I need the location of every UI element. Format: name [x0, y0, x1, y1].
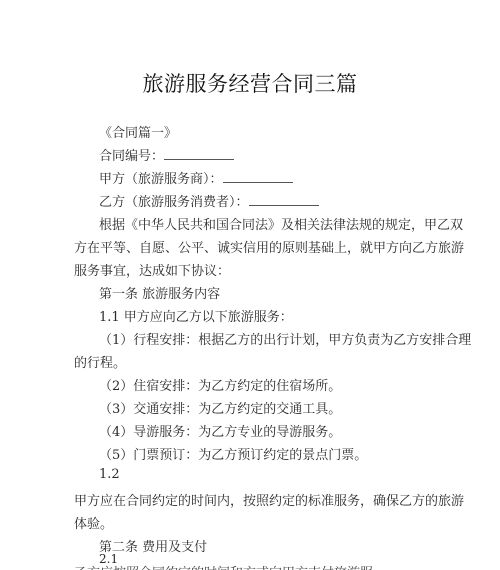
item-1-line-2: 的行程。: [74, 352, 126, 371]
party-b-field: 乙方（旅游服务消费者）：: [99, 191, 319, 210]
intro-line-2: 方在平等、自愿、公平、诚实信用的原则基础上，就甲方向乙方旅游: [74, 237, 464, 256]
field-label: 合同编号：: [99, 149, 164, 164]
item-3: （3）交通安排：为乙方约定的交通工具。: [99, 398, 341, 417]
clause-1-2-line-1: 甲方应在合同约定的时间内，按照约定的标准服务，确保乙方的旅游: [74, 490, 464, 509]
field-label: 甲方（旅游服务商）：: [99, 172, 223, 187]
item-5: （5）门票预订：为乙方预订约定的景点门票。: [99, 444, 367, 463]
intro-line-1: 根据《中华人民共和国合同法》及相关法律法规的规定，甲乙双: [99, 214, 463, 233]
clause-1-2: 1.2: [99, 467, 120, 482]
item-1-line-1: （1）行程安排：根据乙方的出行计划，甲方负责为乙方安排合理: [99, 329, 471, 348]
clause-1-2-line-2: 体验。: [74, 513, 113, 532]
blank-line: [249, 193, 319, 206]
article-1-heading: 第一条 旅游服务内容: [99, 283, 220, 302]
clause-1-1: 1.1 甲方应向乙方以下旅游服务：: [99, 306, 293, 325]
blank-line: [164, 147, 234, 160]
blank-line: [223, 170, 293, 183]
item-4: （4）导游服务：为乙方专业的导游服务。: [99, 421, 341, 440]
intro-line-3: 服务事宜，达成如下协议：: [74, 260, 230, 279]
field-label: 乙方（旅游服务消费者）：: [99, 195, 249, 210]
party-a-field: 甲方（旅游服务商）：: [99, 168, 293, 187]
contract-number-field: 合同编号：: [99, 145, 234, 164]
document-title: 旅游服务经营合同三篇: [0, 68, 500, 98]
cut-off-line: 乙方应按照合同约定的时间和方式向甲方支付旅游服务费用。: [74, 562, 374, 570]
section-label: 《合同篇一》: [99, 122, 177, 141]
item-2: （2）住宿安排：为乙方约定的住宿场所。: [99, 375, 341, 394]
